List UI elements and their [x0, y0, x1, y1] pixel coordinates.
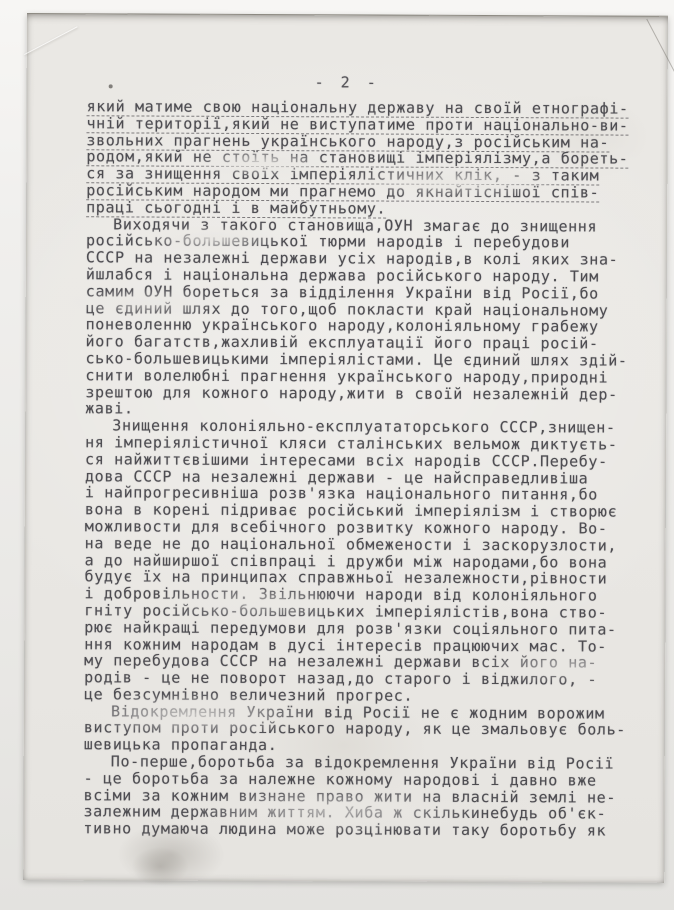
document-line: тивно думаюча людина може розцінювати та…: [83, 821, 643, 840]
line-text: тивно думаюча людина може розцінювати та…: [83, 820, 606, 840]
document-text: який матиме свою національну державу на …: [83, 98, 646, 839]
paragraph: Знищення колоніяльно-експлуататорського …: [84, 417, 645, 705]
scanner-background: - 2 - який матиме свою національну держа…: [0, 0, 674, 910]
page-fold-top-left: [24, 26, 78, 55]
document-page: - 2 - який матиме свою національну держа…: [23, 13, 668, 883]
line-text: зрештою для кожного народу,жити в своїй …: [85, 383, 618, 403]
paragraph: Відокремлення України від Росії не є жод…: [84, 703, 644, 756]
paragraph: який матиме свою національну державу на …: [86, 98, 647, 218]
paragraph: Виходячи з такого становища,ОУН змагає д…: [85, 216, 646, 420]
document-line: зрештою для кожного народу,жити в своїй …: [85, 384, 645, 403]
page-number: - 2 -: [27, 72, 668, 93]
line-text: жаві.: [85, 400, 133, 418]
paragraph: По-перше,боротьба за відокремлення Украї…: [83, 753, 643, 839]
